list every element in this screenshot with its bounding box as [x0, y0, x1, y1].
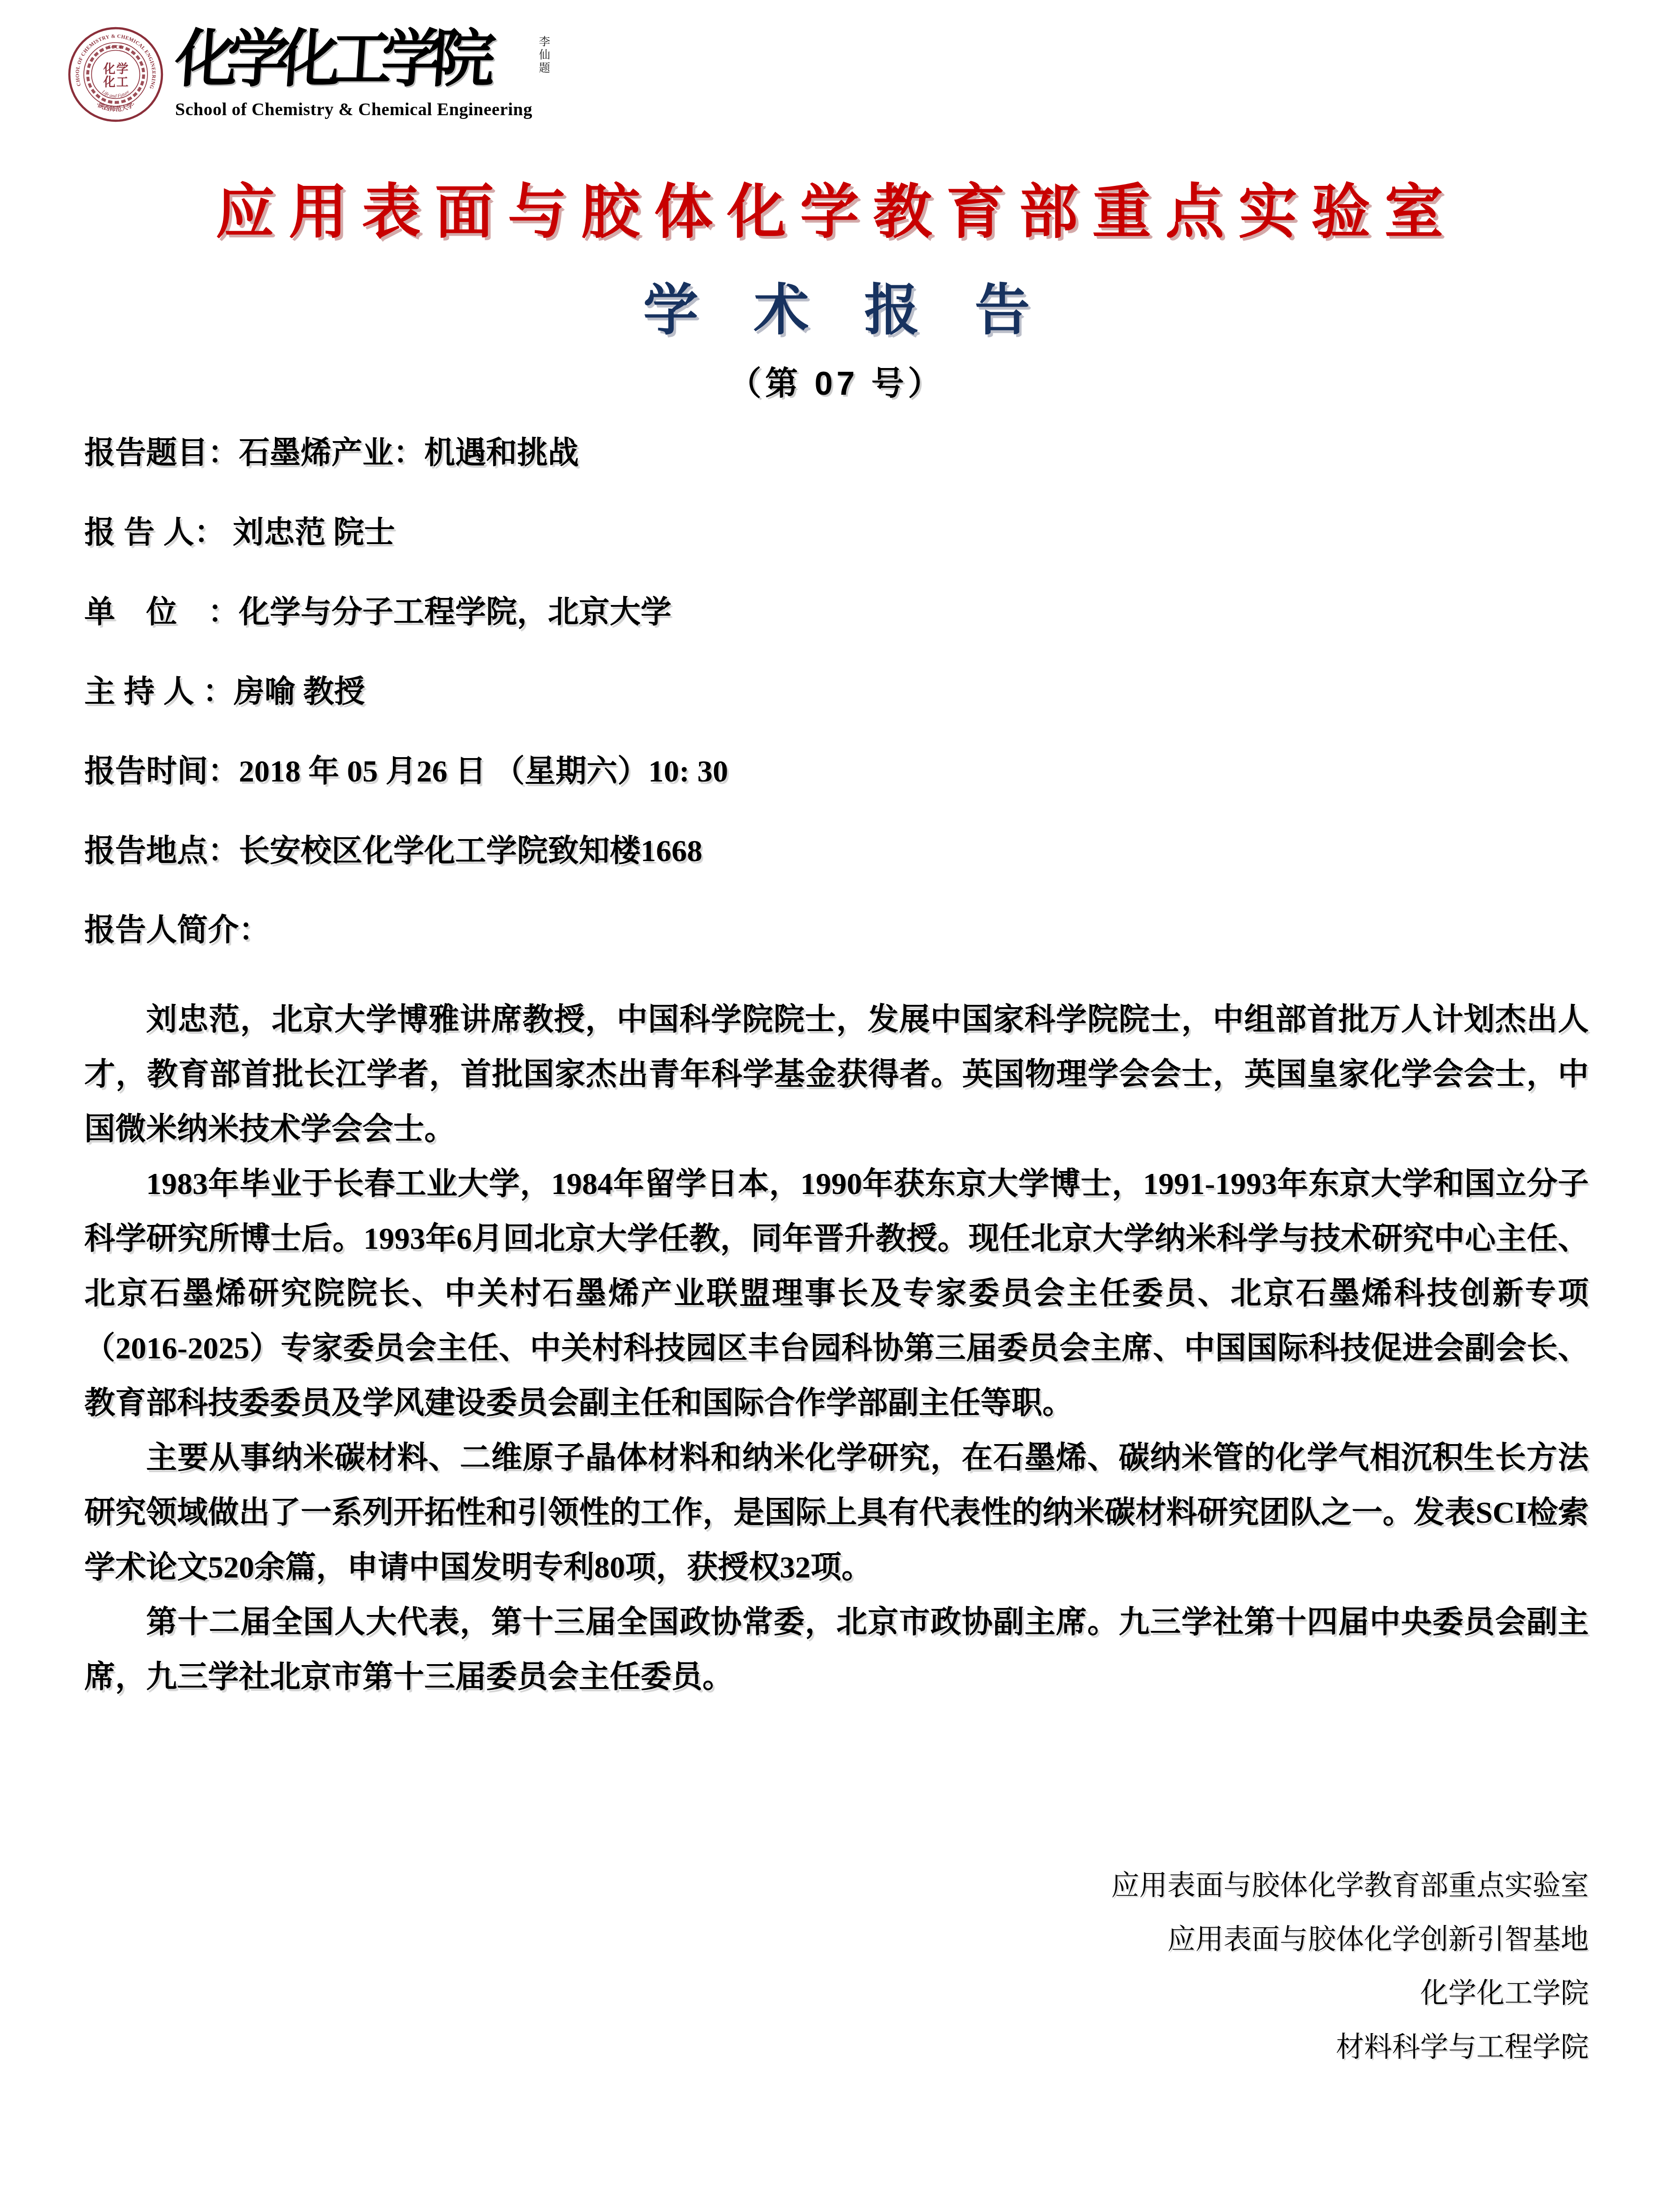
seal-center-block: 化 学 化 工	[103, 62, 129, 89]
detail-label: 报告题目：	[84, 435, 239, 470]
detail-row-time: 报告时间：2018 年 05 月26 日 （星期六）10: 30	[84, 754, 1589, 789]
detail-row-affiliation: 单 位 ：化学与分子工程学院，北京大学	[84, 595, 1589, 630]
detail-label: 报 告 人：	[84, 515, 225, 549]
signature-block: 应用表面与胶体化学教育部重点实验室 应用表面与胶体化学创新引智基地 化学化工学院…	[84, 1859, 1589, 2074]
bio-paragraph-4: 第十二届全国人大代表，第十三届全国政协常委，北京市政协副主席。九三学社第十四届中…	[84, 1595, 1589, 1704]
detail-label: 主 持 人 ：	[84, 674, 234, 708]
detail-row-topic: 报告题目：石墨烯产业：机遇和挑战	[84, 435, 1589, 471]
detail-row-bio-heading: 报告人简介：	[84, 913, 1589, 948]
bio-paragraph-1: 刘忠范，北京大学博雅讲席教授，中国科学院院士，发展中国家科学院院士，中组部首批万…	[84, 992, 1589, 1157]
school-seal-logo: SCHOOL OF CHEMISTRY & CHEMICAL ENGINEERI…	[67, 26, 164, 123]
detail-row-speaker: 报 告 人： 刘忠范 院士	[84, 515, 1589, 550]
seal-inner-ring-inner	[92, 51, 140, 99]
school-name-block: 化学化工学院 School of Chemistry & Chemical En…	[175, 20, 532, 120]
detail-value: 房喻 教授	[234, 675, 365, 709]
school-name-calligraphy: 化学化工学院	[172, 20, 535, 98]
detail-value: 刘忠范 院士	[225, 516, 395, 550]
speaker-biography: 刘忠范，北京大学博雅讲席教授，中国科学院院士，发展中国家科学院院士，中组部首批万…	[84, 992, 1589, 1704]
seal-center-char: 化	[103, 62, 116, 76]
lab-title: 应用表面与胶体化学教育部重点实验室	[84, 165, 1589, 250]
detail-value: 2018 年 05 月26 日 （星期六）10: 30	[239, 754, 728, 789]
signature-line-2: 应用表面与胶体化学创新引智基地	[84, 1913, 1589, 1967]
document-page: SCHOOL OF CHEMISTRY & CHEMICAL ENGINEERI…	[0, 0, 1659, 2212]
school-name-english: School of Chemistry & Chemical Engineeri…	[175, 99, 532, 120]
detail-label: 报告时间：	[84, 753, 239, 788]
detail-value: 石墨烯产业：机遇和挑战	[239, 436, 579, 470]
detail-label: 报告地点：	[84, 833, 239, 868]
detail-label: 报告人简介：	[84, 912, 270, 947]
seal-motto-text: Life and Future	[101, 89, 131, 99]
seal-scce-text: SCCE	[108, 45, 123, 50]
bio-paragraph-2: 1983年毕业于长春工业大学，1984年留学日本，1990年获东京大学博士，19…	[84, 1157, 1589, 1430]
detail-value: 长安校区化学化工学院致知楼1668	[239, 834, 702, 868]
seal-center-char: 化	[103, 75, 116, 89]
bio-paragraph-3: 主要从事纳米碳材料、二维原子晶体材料和纳米化学研究，在石墨烯、碳纳米管的化学气相…	[84, 1430, 1589, 1595]
lecture-title: 学 术 报 告	[84, 265, 1589, 345]
detail-value: 化学与分子工程学院，北京大学	[239, 595, 671, 629]
detail-label: 单 位 ：	[84, 594, 239, 629]
signature-line-4: 材料科学与工程学院	[84, 2020, 1589, 2074]
detail-row-location: 报告地点：长安校区化学化工学院致知楼1668	[84, 833, 1589, 869]
lecture-details: 报告题目：石墨烯产业：机遇和挑战 报 告 人： 刘忠范 院士 单 位 ：化学与分…	[84, 435, 1589, 948]
signature-line-3: 化学化工学院	[84, 1967, 1589, 2020]
signature-line-1: 应用表面与胶体化学教育部重点实验室	[84, 1859, 1589, 1913]
issue-number: （第 07 号）	[84, 357, 1589, 405]
letterhead: SCHOOL OF CHEMISTRY & CHEMICAL ENGINEERI…	[67, 20, 1589, 160]
calligraphy-signature: 李仙题	[537, 36, 549, 75]
seal-center-char: 学	[117, 62, 129, 76]
detail-row-host: 主 持 人 ：房喻 教授	[84, 674, 1589, 709]
seal-center-char: 工	[117, 75, 129, 89]
